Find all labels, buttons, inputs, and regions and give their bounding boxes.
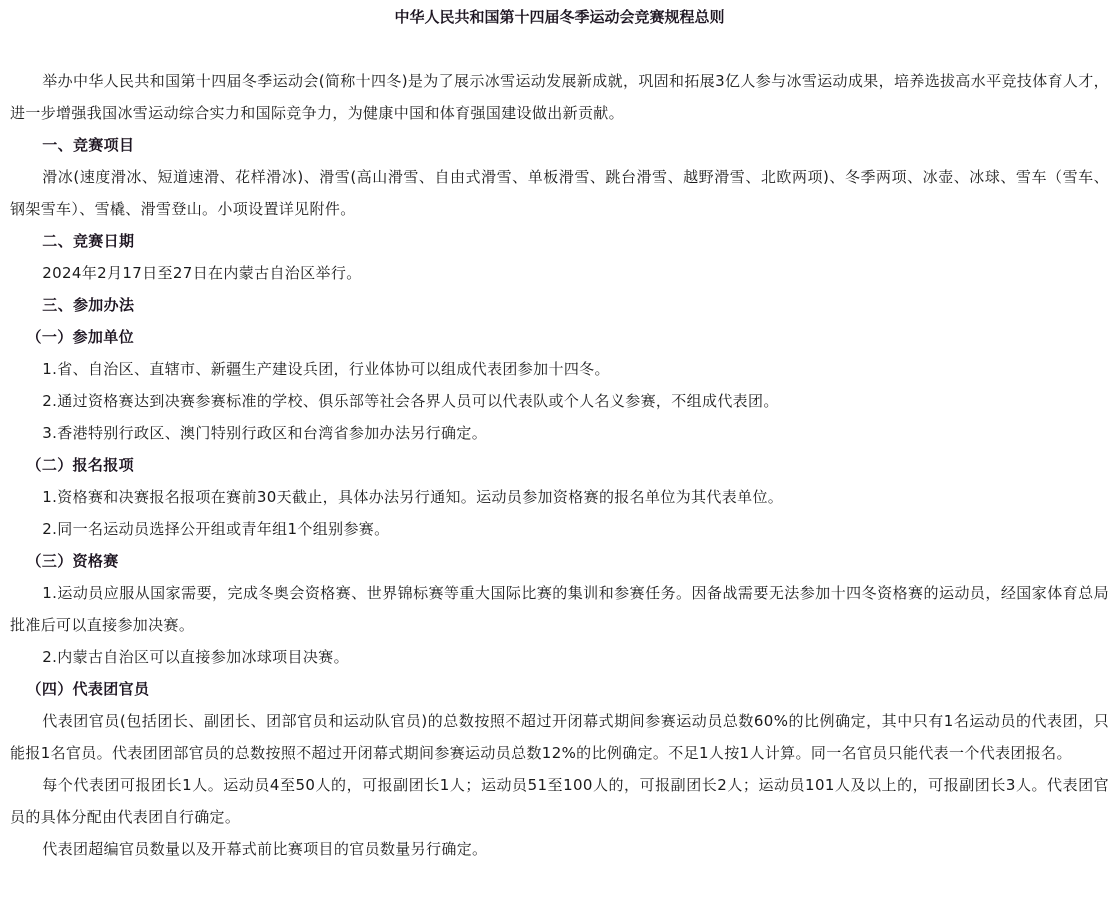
subsection-heading-registration: （二）报名报项	[10, 449, 1109, 481]
list-item: 1.运动员应服从国家需要，完成冬奥会资格赛、世界锦标赛等重大国际比赛的集训和参赛…	[10, 577, 1109, 641]
officials-paragraph: 代表团官员(包括团长、副团长、团部官员和运动队官员)的总数按照不超过开闭幕式期间…	[10, 705, 1109, 769]
section-heading-participation: 三、参加办法	[10, 289, 1109, 321]
list-item: 1.资格赛和决赛报名报项在赛前30天截止，具体办法另行通知。运动员参加资格赛的报…	[10, 481, 1109, 513]
subsection-heading-units: （一）参加单位	[10, 321, 1109, 353]
subsection-heading-officials: （四）代表团官员	[10, 673, 1109, 705]
document-title: 中华人民共和国第十四届冬季运动会竞赛规程总则	[10, 0, 1109, 65]
list-item: 2.内蒙古自治区可以直接参加冰球项目决赛。	[10, 641, 1109, 673]
events-paragraph: 滑冰(速度滑冰、短道速滑、花样滑冰)、滑雪(高山滑雪、自由式滑雪、单板滑雪、跳台…	[10, 161, 1109, 225]
list-item: 3.香港特别行政区、澳门特别行政区和台湾省参加办法另行确定。	[10, 417, 1109, 449]
dates-paragraph: 2024年2月17日至27日在内蒙古自治区举行。	[10, 257, 1109, 289]
document: 中华人民共和国第十四届冬季运动会竞赛规程总则 举办中华人民共和国第十四届冬季运动…	[0, 0, 1117, 865]
section-heading-dates: 二、竞赛日期	[10, 225, 1109, 257]
subsection-heading-qualifiers: （三）资格赛	[10, 545, 1109, 577]
officials-paragraph: 代表团超编官员数量以及开幕式前比赛项目的官员数量另行确定。	[10, 833, 1109, 865]
list-item: 2.同一名运动员选择公开组或青年组1个组别参赛。	[10, 513, 1109, 545]
list-item: 2.通过资格赛达到决赛参赛标准的学校、俱乐部等社会各界人员可以代表队或个人名义参…	[10, 385, 1109, 417]
intro-paragraph: 举办中华人民共和国第十四届冬季运动会(简称十四冬)是为了展示冰雪运动发展新成就，…	[10, 65, 1109, 129]
list-item: 1.省、自治区、直辖市、新疆生产建设兵团，行业体协可以组成代表团参加十四冬。	[10, 353, 1109, 385]
officials-paragraph: 每个代表团可报团长1人。运动员4至50人的，可报副团长1人；运动员51至100人…	[10, 769, 1109, 833]
section-heading-events: 一、竞赛项目	[10, 129, 1109, 161]
